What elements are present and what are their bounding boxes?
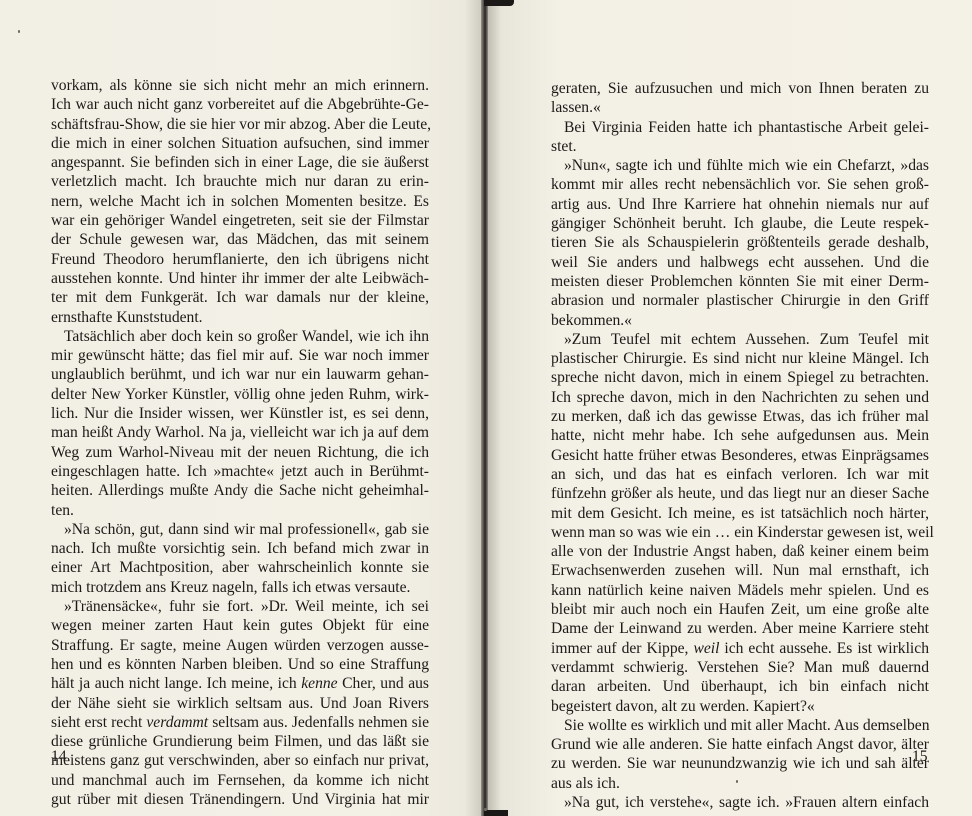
page-number-left: 14: [51, 748, 67, 766]
text-line: wegen meiner zarten Haut kein gutes Obje…: [51, 616, 429, 635]
text-line: Dame der Leinwand zu werden. Aber meine …: [551, 619, 929, 638]
text-line: »Tränensäcke«, fuhr sie fort. »Dr. Weil …: [51, 597, 429, 616]
text-line: an sich, und das hat es einfach verloren…: [551, 465, 929, 484]
text-line: Weg zum Warhol-Niveau mit der neuen Rich…: [51, 443, 429, 462]
text-line: nern, welche Macht ich in solchen Moment…: [51, 192, 429, 211]
text-line: kann natürlich keine naiven Mädels mehr …: [551, 581, 929, 600]
text-line: Straffung. Er sagte, meine Augen würden …: [51, 636, 429, 655]
text-line: hatte, nicht mehr habe. Ich sehe aufgedu…: [551, 426, 929, 445]
text-line: unglaublich berühmt, und ich war nur ein…: [51, 365, 429, 384]
text-line: nach. Ich mußte vorsichtig sein. Ich bef…: [51, 539, 429, 558]
emphasis-text: kenne: [301, 675, 337, 692]
text-line: lassen.«: [551, 98, 929, 117]
text-line: geraten, Sie aufzusuchen und mich von Ih…: [551, 79, 929, 98]
spine-top-shadow: [484, 0, 514, 6]
text-line: und manchmal auch im Fernsehen, da komme…: [51, 771, 429, 790]
text-line: Tatsächlich aber doch kein so großer Wan…: [51, 327, 429, 346]
text-line: verletzlich macht. Ich brauchte mich nur…: [51, 172, 429, 191]
text-line: »Nun«, sagte ich und fühlte mich wie ein…: [551, 156, 929, 175]
emphasis-text: weil: [693, 640, 719, 657]
text-line: mich trotzdem ans Kreuz nageln, falls ic…: [51, 578, 429, 597]
text-line: artig aus. Und Ihre Karriere hat ohnehin…: [551, 195, 929, 214]
text-line: bekommen.«: [551, 311, 929, 330]
text-line: lich. Nur die Insider wissen, wer Künstl…: [51, 404, 429, 423]
text-line: immer auf der Kippe, weil ich echt ausse…: [551, 639, 929, 658]
text-line: mit dem Gesicht. Ich meine, es ist tatsä…: [551, 504, 929, 523]
text-line: angespannt. Sie befinden sich in einer L…: [51, 153, 429, 172]
text-line: ernsthafte Kunststudent.: [51, 308, 429, 327]
book-spread: vorkam, als könne sie sich nicht mehr an…: [0, 0, 972, 816]
paper-speck: [736, 780, 738, 783]
text-line: plastischer Chirurgie. Es sind nicht nur…: [551, 349, 929, 368]
text-line: ten.: [51, 501, 429, 520]
text-line: zu merken, daß ich das gewisse Etwas, da…: [551, 407, 929, 426]
text-line: gängiger Schönheit beruht. Ich glaube, d…: [551, 214, 929, 233]
text-line: daran arbeiten. Und überhaupt, ich bin e…: [551, 677, 929, 696]
book-spine-gutter: [481, 0, 488, 816]
text-line: ter mit dem Funkgerät. Ich war damals nu…: [51, 288, 429, 307]
text-line: stet.: [551, 137, 929, 156]
text-line: »Na gut, ich verstehe«, sagte ich. »Frau…: [551, 793, 929, 812]
text-line: sieht erst recht verdammt seltsam aus. J…: [51, 713, 429, 732]
text-line: der Schule gewesen war, das Mädchen, das…: [51, 230, 429, 249]
text-line: verdammt schwierig. Verstehen Sie? Man m…: [551, 658, 929, 677]
text-line: wenn man so was wie ein … ein Kinderstar…: [551, 523, 929, 542]
text-line: bleibt mir auch noch ein Haufen Zeit, um…: [551, 600, 929, 619]
text-line: Ich war auch nicht ganz vorbereitet auf …: [51, 95, 429, 114]
text-line: der Nähe sieht sie wirklich seltsam aus.…: [51, 694, 429, 713]
text-line: delter New Yorker Künstler, völlig ohne …: [51, 385, 429, 404]
text-line: spreche nicht davon, mich in einem Spieg…: [551, 368, 929, 387]
text-line: man heißt Andy Warhol. Na ja, vielleicht…: [51, 423, 429, 442]
text-line: kommt mir alles recht nebensächlich vor.…: [551, 175, 929, 194]
text-line: abrasion und normaler plastischer Chirur…: [551, 291, 929, 310]
text-line: hält ja auch nicht lange. Ich meine, ich…: [51, 674, 429, 693]
emphasis-text: verdammt: [146, 714, 208, 731]
text-line: ausstehen konnte. Und hinter ihr immer d…: [51, 269, 429, 288]
text-line: vorkam, als könne sie sich nicht mehr an…: [51, 76, 429, 95]
text-line: zu werden. Sie war neunundzwanzig wie ic…: [551, 754, 929, 773]
text-line: diese grünliche Grundierung beim Filmen,…: [51, 732, 429, 751]
text-line: Erwachsenwerden zusehen will. Nun mal er…: [551, 561, 929, 580]
text-line: fünfzehn größer als heute, und das liegt…: [551, 484, 929, 503]
text-line: meisten dieser Problemchen könnten Sie m…: [551, 272, 929, 291]
spine-bottom-shadow: [484, 810, 508, 816]
text-line: Freund Theodoro herumflanierte, den ich …: [51, 250, 429, 269]
text-line: begeistert davon, alt zu werden. Kapiert…: [551, 697, 929, 716]
text-line: »Na schön, gut, dann sind wir mal profes…: [51, 520, 429, 539]
text-line: Grund wie alle anderen. Sie hatte einfac…: [551, 735, 929, 754]
text-line: gut rüber mit diesen Tränendingern. Und …: [51, 790, 429, 809]
text-line: Sie wollte es wirklich und mit aller Mac…: [551, 716, 929, 735]
text-line: Gesicht hatte früher etwas Besonderes, e…: [551, 446, 929, 465]
text-line: »Zum Teufel mit echtem Aussehen. Zum Teu…: [551, 330, 929, 349]
left-page-body-text: vorkam, als könne sie sich nicht mehr an…: [51, 76, 429, 809]
text-line: eingeschlagen hatte. Ich »machte« jetzt …: [51, 462, 429, 481]
text-line: alle von der Industrie Angst haben, daß …: [551, 542, 929, 561]
text-line: Bei Virginia Feiden hatte ich phantastis…: [551, 118, 929, 137]
text-line: meistens ganz gut verschwinden, aber so …: [51, 751, 429, 770]
text-line: mir gewünscht hätte; das fiel mir auf. S…: [51, 346, 429, 365]
text-line: war ein gehöriger Wandel eingetreten, se…: [51, 211, 429, 230]
right-page-body-text: geraten, Sie aufzusuchen und mich von Ih…: [551, 79, 929, 812]
text-line: schäftsfrau-Show, die sie hier vor mir a…: [51, 115, 429, 134]
paper-speck: [484, 808, 487, 811]
text-line: Ich spreche davon, mich in den Nachricht…: [551, 388, 929, 407]
paper-speck: [18, 30, 20, 33]
page-number-right: 15: [912, 748, 928, 766]
text-line: die mich in einer solchen Situation aufs…: [51, 134, 429, 153]
text-line: hen und es könnten Narben bleiben. Und s…: [51, 655, 429, 674]
text-line: aus als ich.: [551, 774, 929, 793]
text-line: einer Art Machtposition, aber wahrschein…: [51, 558, 429, 577]
text-line: weil Sie anders und halbwegs echt ausseh…: [551, 253, 929, 272]
text-line: heiten. Allerdings mußte Andy die Sache …: [51, 481, 429, 500]
text-line: tieren Sie als Schauspielerin größtentei…: [551, 233, 929, 252]
